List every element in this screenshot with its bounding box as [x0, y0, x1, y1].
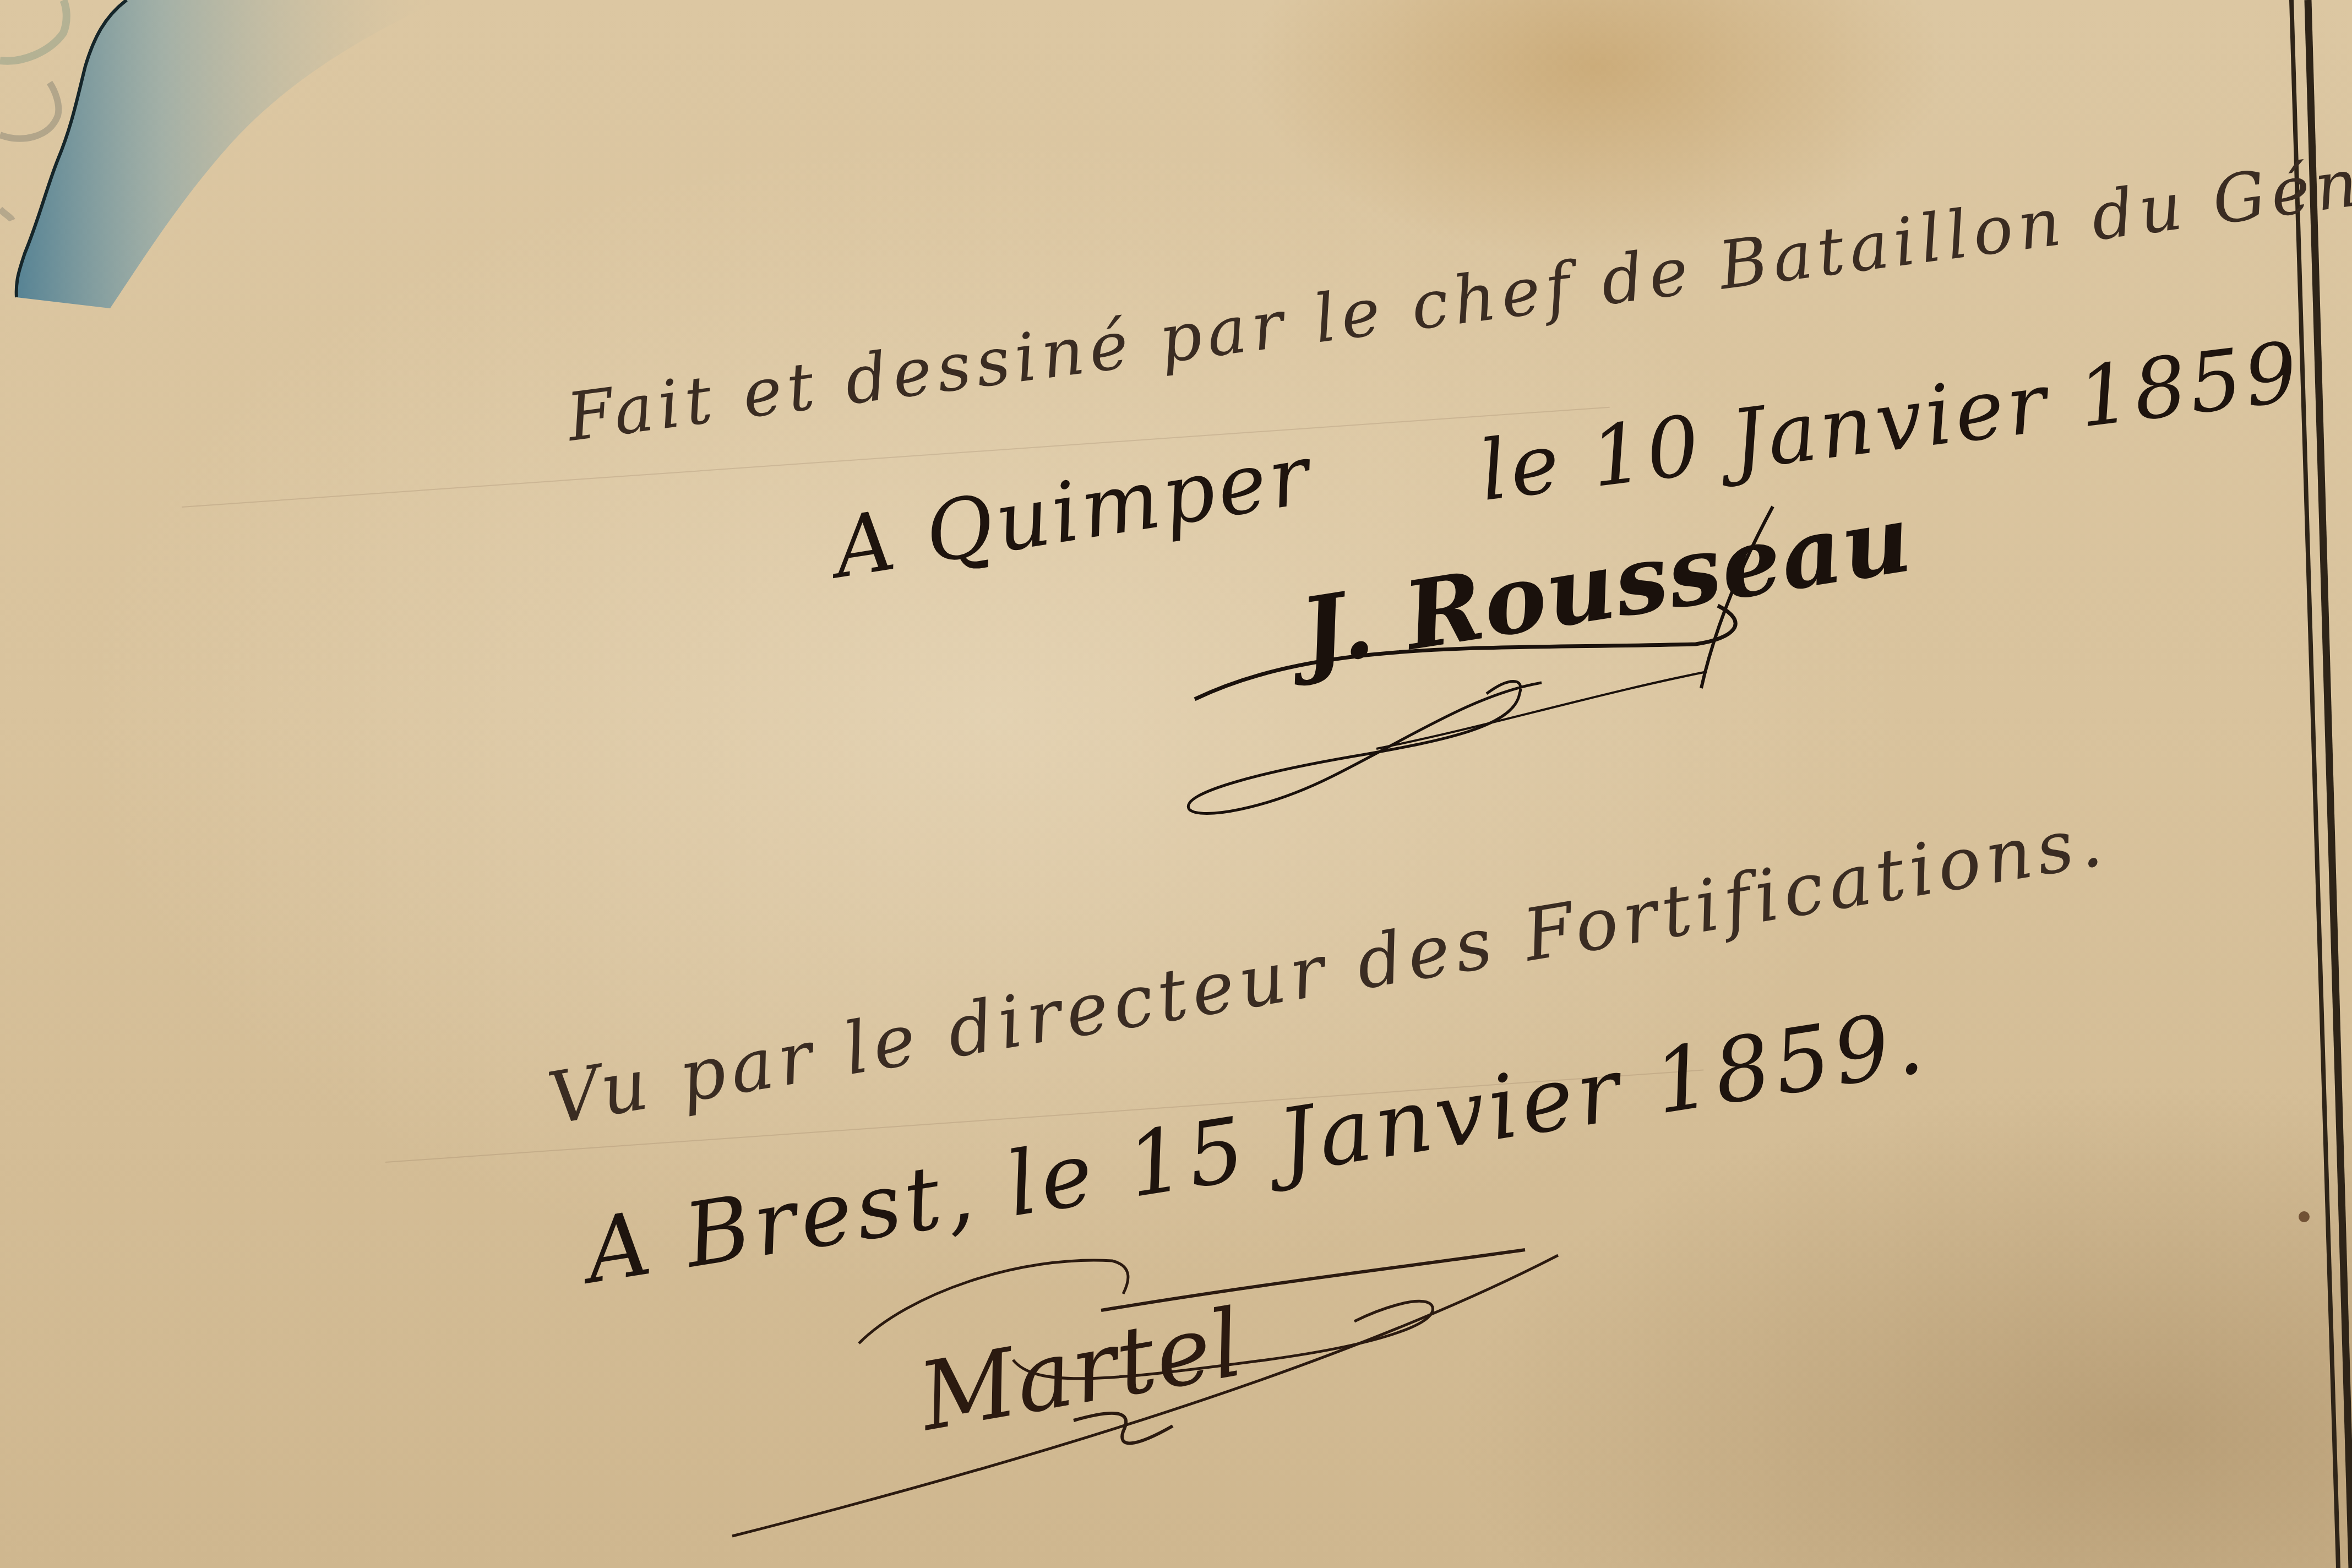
- signature-martel: Martel: [912, 1288, 1251, 1452]
- signature-rousseau: J. Rousseau: [1293, 483, 1919, 688]
- document-page: Fait et dessiné par le chef de Bataillon…: [0, 0, 2352, 1568]
- attestation-place: A Quimper: [827, 427, 1319, 597]
- map-coastline-fragment: [0, 0, 496, 385]
